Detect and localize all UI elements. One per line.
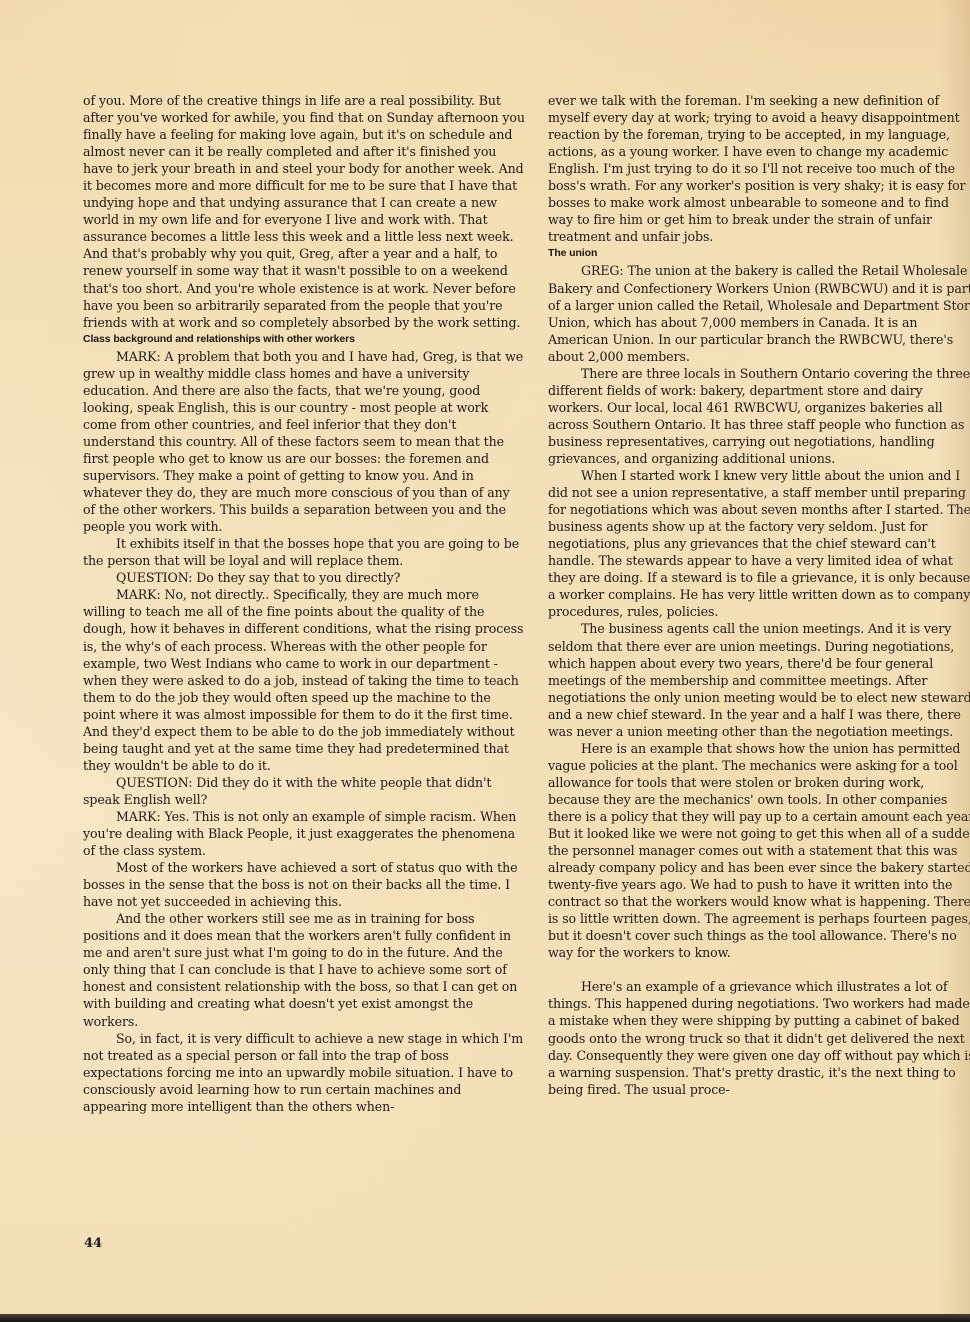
paragraph: MARK: Yes. This is not only an example o… bbox=[83, 808, 525, 859]
paragraph: MARK: A problem that both you and I have… bbox=[83, 348, 525, 536]
section-heading-the-union: The union bbox=[548, 245, 970, 262]
section-heading-class-background: Class background and relationships with … bbox=[83, 331, 525, 348]
page-number: 44 bbox=[84, 1236, 102, 1251]
paragraph: GREG: The union at the bakery is called … bbox=[548, 262, 970, 364]
page-bottom-edge bbox=[0, 1314, 970, 1322]
paragraph: QUESTION: Did they do it with the white … bbox=[83, 774, 525, 808]
paragraph: Here is an example that shows how the un… bbox=[548, 740, 970, 962]
paragraph: QUESTION: Do they say that to you direct… bbox=[83, 569, 525, 586]
right-column: ever we talk with the foreman. I'm seeki… bbox=[548, 92, 970, 1098]
paragraph: Most of the workers have achieved a sort… bbox=[83, 859, 525, 910]
left-column: of you. More of the creative things in l… bbox=[83, 92, 525, 1115]
paragraph: When I started work I knew very little a… bbox=[548, 467, 970, 620]
paragraph: There are three locals in Southern Ontar… bbox=[548, 365, 970, 467]
paragraph: It exhibits itself in that the bosses ho… bbox=[83, 535, 525, 569]
right-intro-paragraph: ever we talk with the foreman. I'm seeki… bbox=[548, 92, 970, 245]
paragraph: So, in fact, it is very difficult to ach… bbox=[83, 1030, 525, 1115]
paragraph: Here's an example of a grievance which i… bbox=[548, 978, 970, 1097]
paragraph: MARK: No, not directly.. Specifically, t… bbox=[83, 586, 525, 774]
paragraph: And the other workers still see me as in… bbox=[83, 910, 525, 1029]
paragraph: The business agents call the union meeti… bbox=[548, 620, 970, 739]
left-intro-paragraph: of you. More of the creative things in l… bbox=[83, 92, 525, 331]
scanned-page: of you. More of the creative things in l… bbox=[0, 0, 970, 1314]
